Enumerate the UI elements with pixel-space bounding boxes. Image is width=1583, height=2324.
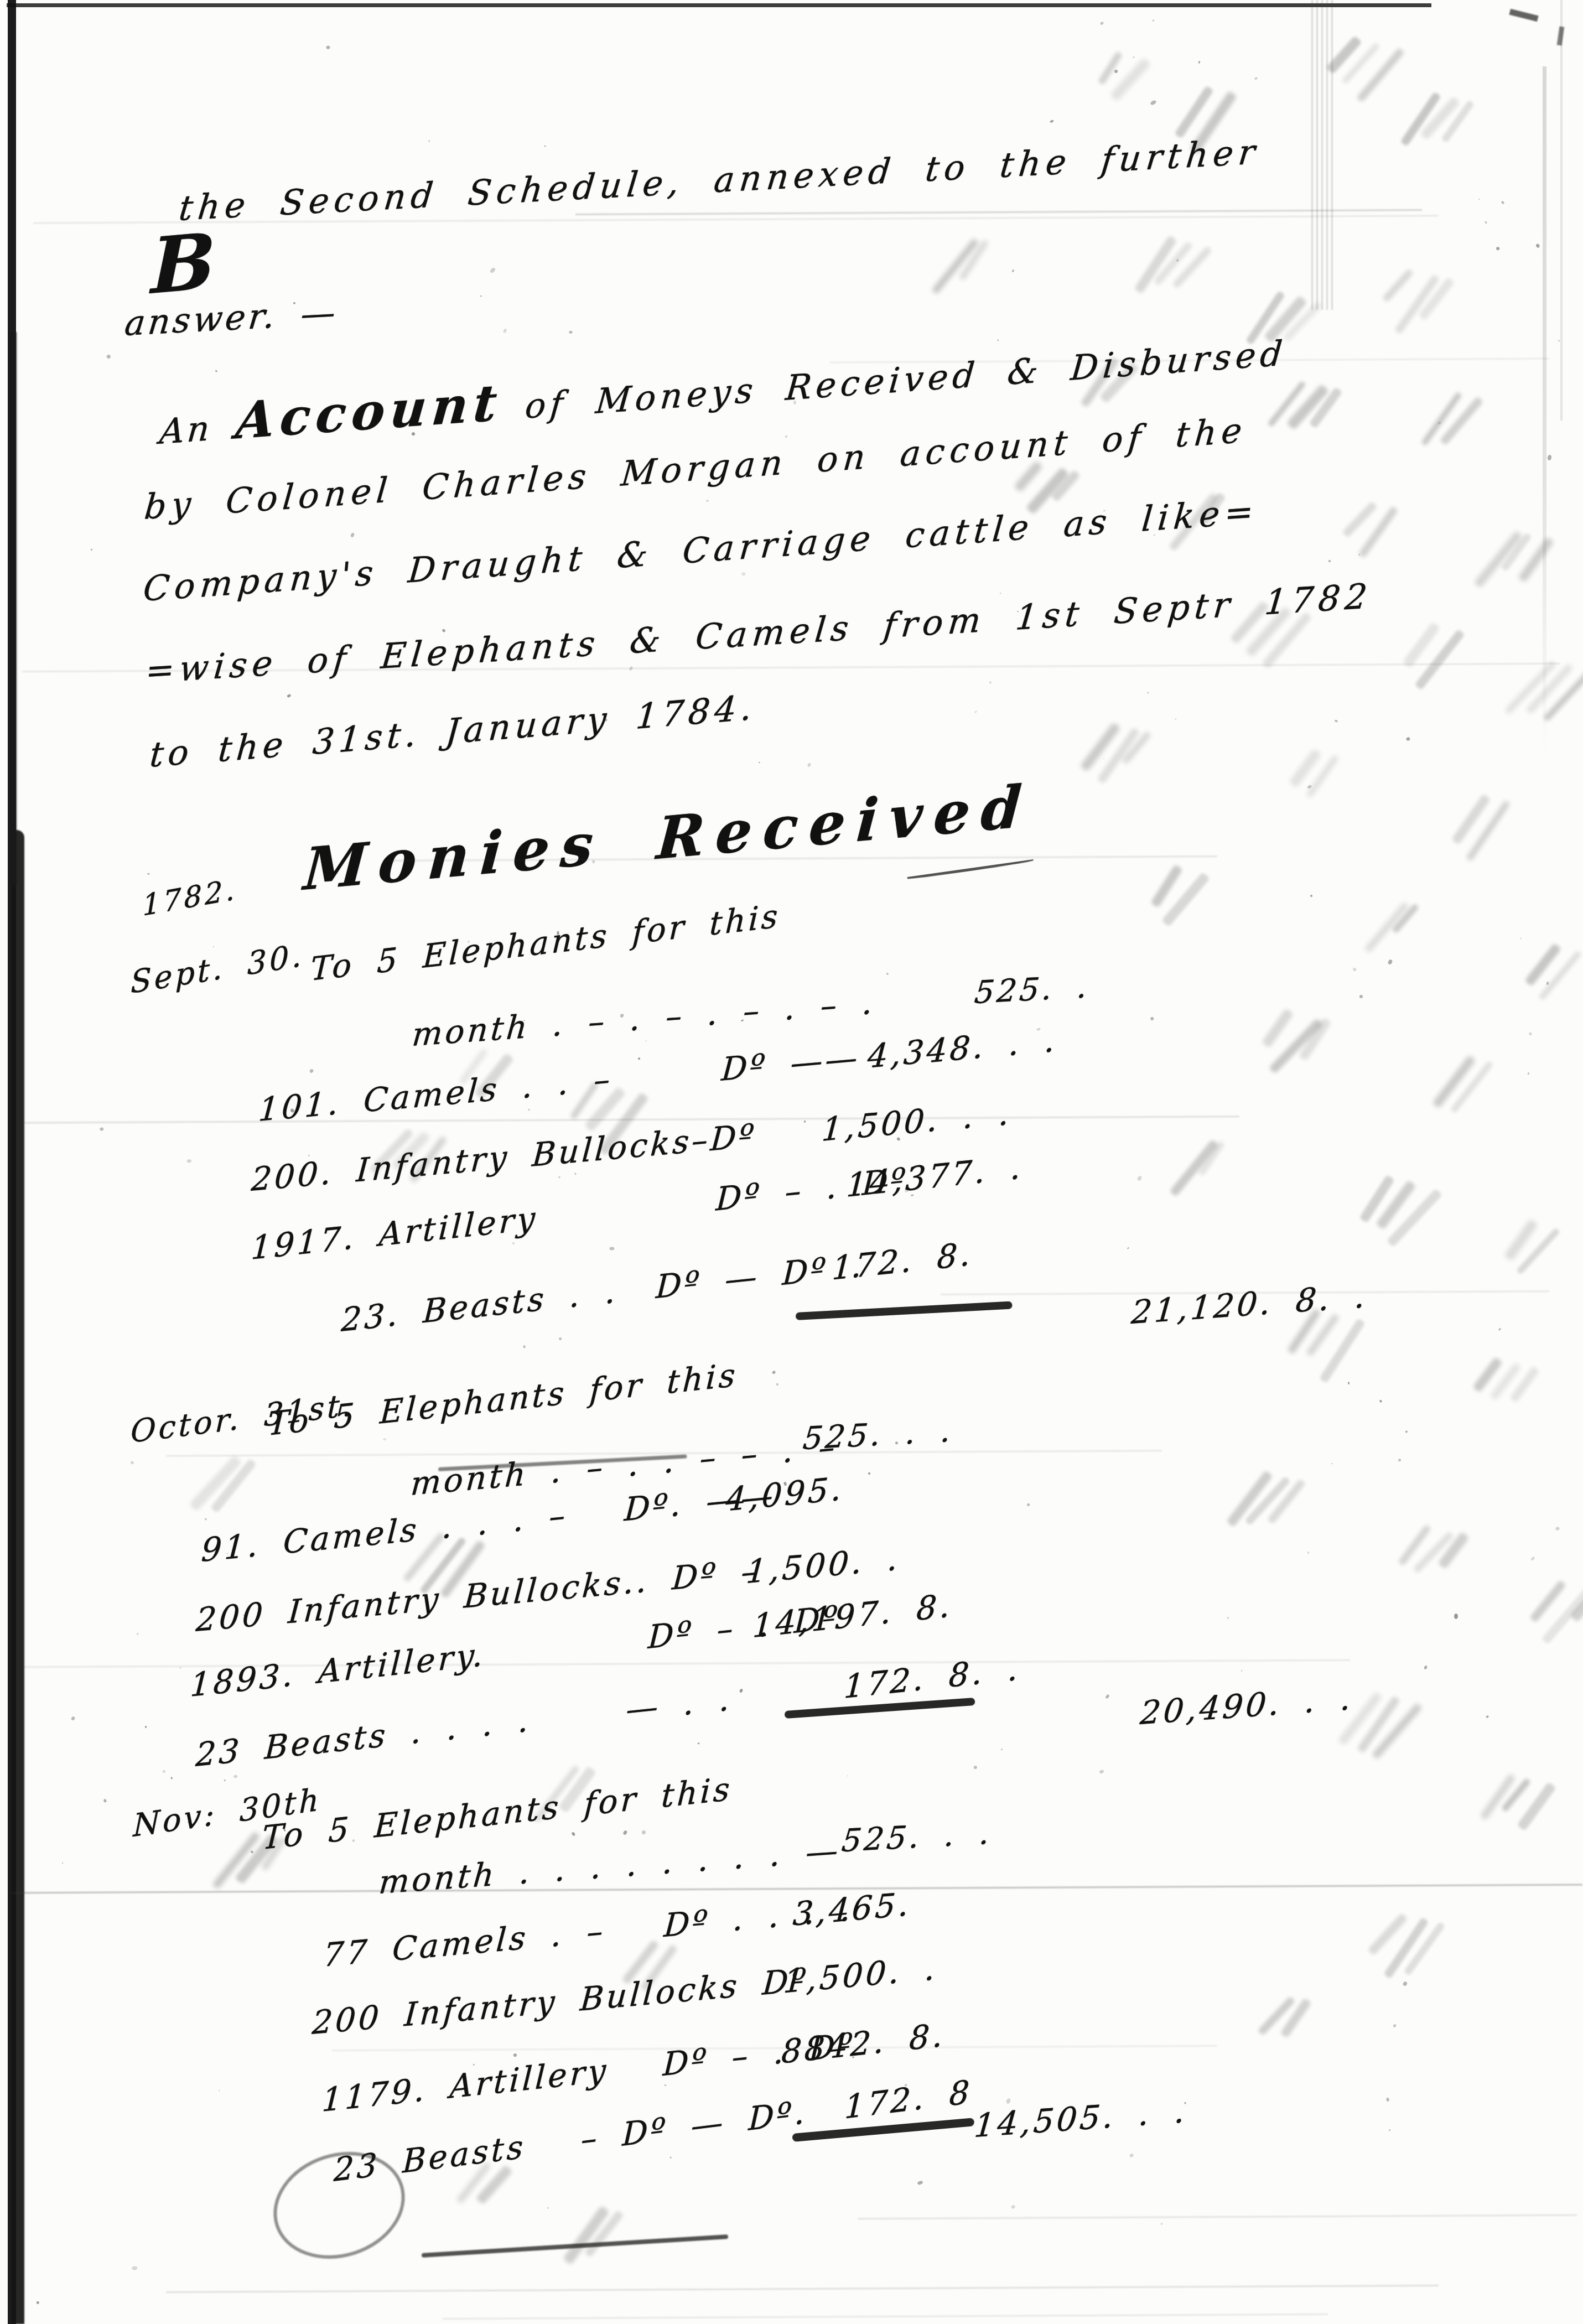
speckle — [1099, 1770, 1104, 1774]
speckle — [1555, 1527, 1559, 1530]
speckle — [1359, 995, 1363, 999]
speckle — [1527, 1072, 1529, 1075]
speckle — [868, 1472, 870, 1475]
speckle — [1136, 1175, 1143, 1182]
value-september-artillery: 14,377. . — [845, 1148, 1024, 1205]
ink-smudge — [1450, 1060, 1493, 1113]
entry-september-beasts: 23. Beasts . . Dº — Dº . 172. 8. — [340, 1272, 619, 1339]
speckle — [1133, 56, 1135, 58]
speckle — [785, 435, 788, 438]
value-september-beasts: 172. 8. — [831, 1234, 974, 1288]
speckle — [512, 1242, 515, 1244]
speckle — [706, 499, 709, 502]
value-october-camels: 4,095. — [725, 1469, 845, 1518]
value-november-bullocks: 1,500. . — [782, 1949, 939, 2000]
speckle — [1529, 1033, 1532, 1036]
speckle — [219, 2090, 220, 2092]
ruled-line — [166, 2285, 1439, 2293]
value-september-elephants: 525. . — [973, 969, 1092, 1011]
speckle — [544, 145, 547, 147]
left-binding-edge — [11, 830, 24, 2324]
speckle — [1103, 509, 1105, 511]
entry-november-beasts-ditto: – Dº — Dº. — [580, 2093, 808, 2159]
corner-mark — [1557, 27, 1565, 46]
speckle — [1478, 198, 1480, 200]
ruled-line — [11, 1884, 1582, 1894]
speckle — [1535, 243, 1540, 248]
speckle — [1241, 1669, 1243, 1672]
entry-september-elephants: To 5 Elephants for this — [310, 896, 781, 988]
speckle — [1485, 1715, 1489, 1719]
account-line1-rest: of Moneys Received & Disbursed — [523, 333, 1288, 427]
speckle — [179, 1667, 181, 1669]
speckle — [233, 1775, 238, 1778]
top-scan-border — [7, 3, 1431, 7]
speckle — [1402, 1981, 1408, 1986]
speckle — [739, 1688, 744, 1693]
speckle — [664, 2084, 667, 2086]
speckle — [1099, 21, 1104, 25]
ink-smudge — [1432, 1055, 1476, 1108]
fold-crease — [1311, 0, 1336, 310]
speckle — [989, 681, 992, 684]
speckle — [1398, 1459, 1401, 1462]
speckle — [382, 1438, 386, 1440]
speckle — [1198, 61, 1201, 64]
speckle — [1388, 2129, 1390, 2131]
speckle — [287, 693, 291, 698]
section-heading-monies-received: Monies Received — [302, 771, 1035, 904]
year-label: 1782. — [142, 873, 237, 923]
value-september-camels: 4,348. . . — [866, 1021, 1059, 1076]
speckle — [1175, 718, 1177, 720]
speckle — [759, 762, 761, 764]
speckle — [1454, 1614, 1458, 1619]
speckle — [1103, 758, 1104, 759]
speckle — [1501, 200, 1504, 204]
speckle — [1161, 2223, 1163, 2226]
entry-november-bullocks: 200 Infantry Bullocks Dº 1,500. . — [311, 1960, 810, 2042]
speckle — [147, 873, 150, 875]
speckle — [326, 45, 330, 49]
speckle — [1307, 1552, 1310, 1554]
ink-smudge — [1357, 1695, 1400, 1754]
speckle — [572, 1832, 576, 1836]
total-underline-september — [796, 1301, 1013, 1320]
speckle — [1498, 1327, 1502, 1331]
speckle — [547, 2207, 549, 2209]
value-october-beasts: 172. 8. . — [843, 1649, 1022, 1706]
speckle — [131, 1461, 135, 1465]
speckle — [793, 401, 796, 404]
entry-september-camels-ditto: Dº —— — [720, 1038, 861, 1088]
ink-smudge — [1382, 268, 1414, 303]
left-binding-edge — [10, 332, 17, 885]
speckle — [106, 354, 111, 360]
speckle — [480, 295, 482, 297]
speckle — [1353, 968, 1357, 972]
speckle — [523, 1345, 526, 1348]
entry-november-camels: 77 Camels . – Dº . . . . 3,465. — [322, 1912, 607, 1974]
ink-smudge — [1169, 1139, 1219, 1197]
speckle — [1331, 1463, 1333, 1464]
monthly-total-november: 14,505. . . — [973, 2092, 1189, 2145]
speckle — [776, 1383, 779, 1386]
speckle — [974, 710, 978, 713]
monthly-total-october: 20,490. . . — [1139, 1679, 1355, 1732]
speckle — [91, 548, 93, 551]
speckle — [637, 1057, 640, 1060]
ruled-line — [858, 2214, 1577, 2220]
fold-crease — [1560, 0, 1563, 421]
speckle — [1152, 19, 1155, 22]
speckle — [974, 1765, 977, 1768]
account-word: Account — [233, 373, 505, 451]
speckle — [1405, 1430, 1408, 1433]
speckle — [103, 1799, 107, 1803]
ink-smudge — [1440, 396, 1484, 445]
speckle — [1406, 737, 1410, 741]
speckle — [528, 1109, 530, 1111]
speckle — [1392, 2024, 1397, 2028]
speckle — [71, 1716, 76, 1721]
speckle — [1011, 269, 1015, 273]
speckle — [36, 2301, 40, 2305]
speckle — [309, 1068, 314, 1073]
value-november-elephants: 525. . . — [840, 1815, 994, 1859]
speckle — [1026, 1503, 1030, 1507]
ink-smudge — [1262, 1008, 1294, 1049]
speckle — [574, 1173, 577, 1175]
speckle — [187, 1821, 190, 1823]
account-heading-line-5: to the 31st. January 1784. — [148, 687, 757, 775]
speckle — [1127, 1247, 1129, 1249]
speckle — [1328, 560, 1331, 562]
speckle — [669, 2156, 672, 2159]
ink-smudge — [1473, 530, 1523, 588]
speckle — [513, 2053, 517, 2057]
speckle — [1348, 1382, 1350, 1384]
speckle — [1484, 221, 1487, 224]
entry-october-beasts: 23 Beasts . . . . — . . 172. 8. . — [195, 1701, 532, 1774]
value-november-artillery: 8842. 8. — [780, 2016, 946, 2071]
speckle — [100, 1127, 104, 1131]
entry-october-camels: 91. Camels . . . – Dº. —— 4,095. — [200, 1496, 569, 1569]
speckle — [1530, 1556, 1535, 1561]
speckle — [205, 1518, 207, 1521]
ruled-line — [575, 209, 1422, 215]
entry-september-artillery: 1917. Artillery Dº – . Dº 14,377. . — [250, 1199, 539, 1267]
entry-october-elephants: To 5 Elephants for this — [267, 1356, 739, 1443]
speckle — [1388, 959, 1393, 965]
speckle — [558, 1176, 560, 1178]
speckle — [1227, 1617, 1229, 1620]
speckle — [132, 2266, 137, 2270]
marginal-letter: B — [150, 215, 216, 312]
speckle — [804, 1120, 806, 1123]
speckle — [1310, 895, 1312, 898]
value-october-bullocks: 1,500. . — [745, 1539, 901, 1591]
speckle — [1334, 719, 1338, 723]
speckle — [429, 140, 430, 142]
speckle — [741, 572, 745, 575]
speckle — [224, 1780, 226, 1782]
speckle — [162, 1770, 166, 1773]
speckle — [698, 1742, 700, 1745]
entry-november-artillery: 1179. Artillery Dº – . Dº 8842. 8. — [321, 2051, 610, 2119]
value-october-artillery: 14,197. 8. — [751, 1586, 953, 1645]
speckle — [568, 330, 572, 334]
speckle — [503, 328, 508, 334]
speckle — [250, 1850, 254, 1854]
speckle — [1114, 69, 1119, 74]
speckle — [1000, 1748, 1003, 1750]
speckle — [609, 1247, 614, 1251]
speckle — [886, 972, 889, 975]
speckle — [350, 532, 355, 538]
corner-mark — [1509, 9, 1538, 22]
ink-smudge — [1372, 1703, 1423, 1760]
speckle — [1105, 1694, 1110, 1699]
speckle — [212, 946, 214, 948]
speckle — [847, 1775, 849, 1776]
entry-september-bullocks: 200. Infantry Bullocks–Dº 1,500. . . — [250, 1116, 758, 1199]
speckle — [1010, 2204, 1016, 2209]
speckle — [1548, 455, 1552, 461]
speckle — [187, 1159, 191, 1163]
entry-date-september: Sept. 30. — [131, 937, 304, 1001]
speckle — [1150, 100, 1157, 106]
speckle — [771, 1371, 776, 1375]
speckle — [1050, 120, 1054, 123]
speckle — [489, 267, 496, 274]
speckle — [215, 370, 217, 372]
speckle — [145, 1726, 147, 1728]
value-november-camels: 3,465. — [792, 1885, 912, 1933]
ink-smudge — [1364, 901, 1409, 953]
document-scan-page: B the Second Schedule, annexed to the fu… — [0, 0, 1583, 2324]
speckle — [895, 1441, 898, 1444]
heading-flourish — [907, 859, 1034, 880]
speckle — [1146, 691, 1150, 694]
ruled-line — [443, 2313, 1328, 2320]
speckle — [1558, 340, 1560, 342]
account-an: An — [158, 408, 214, 452]
entry-october-beasts-ditto: — . . — [625, 1679, 733, 1729]
speckle — [136, 1633, 139, 1636]
speckle — [1000, 593, 1001, 594]
speckle — [1520, 937, 1522, 939]
speckle — [557, 931, 559, 935]
fold-crease — [1543, 66, 1546, 758]
speckle — [1254, 77, 1257, 80]
speckle — [645, 1040, 647, 1042]
value-september-bullocks: 1,500. . . — [821, 1094, 1013, 1149]
speckle — [1424, 1666, 1428, 1671]
ink-smudge — [1097, 51, 1123, 86]
value-november-beasts: 172. 8 — [844, 2073, 973, 2126]
speckle — [807, 762, 811, 767]
speckle — [1379, 1399, 1383, 1403]
speckle — [641, 1829, 646, 1834]
speckle — [558, 1337, 562, 1341]
speckle — [1006, 2098, 1011, 2104]
speckle — [623, 1830, 628, 1835]
speckle — [1387, 2097, 1390, 2101]
entry-october-artillery: 1893. Artillery. Dº – . Dº 14,197. 8. — [189, 1635, 486, 1704]
speckle — [1496, 246, 1500, 251]
speckle — [1150, 1016, 1155, 1021]
speckle — [170, 1777, 172, 1780]
speckle — [593, 860, 595, 863]
speckle — [62, 1863, 64, 1864]
speckle — [917, 2180, 923, 2185]
speckle — [1129, 2153, 1134, 2158]
